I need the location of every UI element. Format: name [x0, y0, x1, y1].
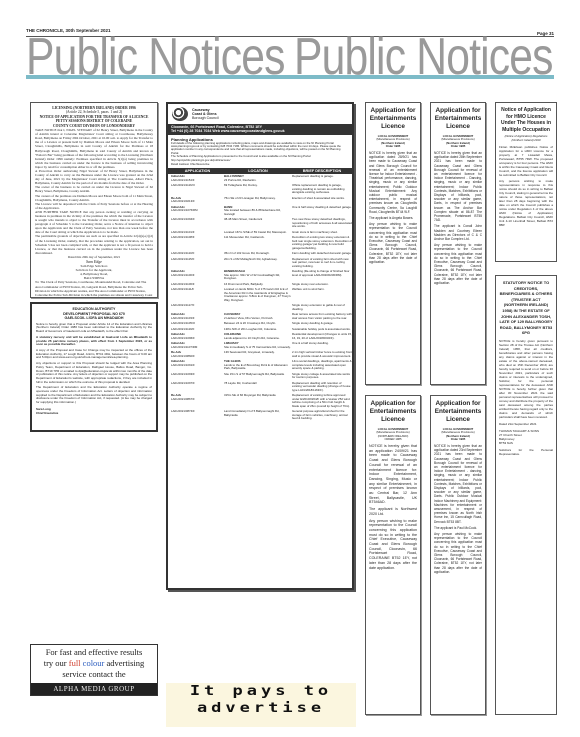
notice-paragraph: NOTICE is hereby given that an applicati…: [434, 444, 482, 524]
hmo-licence-notice: Notice of Application for HMO Licence Un…: [495, 102, 557, 262]
council-contact[interactable]: Tel +44 (0) 28 7034 7034 Web www.causewa…: [171, 129, 349, 133]
application-location: 78 Layde Rd, Cushendall: [224, 382, 292, 386]
entertainment-licence-notice: Application for Entertainments Licence L…: [430, 395, 486, 715]
notice-heading: Application for Entertainments Licence: [434, 400, 482, 425]
planning-intro: The Schedule of Planning Applications is…: [171, 155, 349, 162]
ad-company: ALPHA MEDIA GROUP: [31, 683, 157, 696]
table-row: LA01/2021/1119/F138m NW of 201 Loughan R…: [168, 328, 352, 332]
entertainment-licence-notice: Application for Entertainments Licence L…: [365, 102, 421, 385]
application-description: One & half storey dwelling & detached ga…: [292, 206, 352, 210]
notice-order: Order 1985: [369, 145, 417, 149]
application-location: 20m S of 82 Mullaghinch Rd, Aghadowey.: [224, 258, 292, 262]
application-ref: LA01/2021/1115/F: [171, 258, 224, 262]
ad-text: try our: [44, 658, 69, 668]
application-description: Replacement dwelling with retention of e…: [292, 382, 352, 393]
alpha-media-advert[interactable]: For fast and effective results try our f…: [30, 644, 158, 696]
notice-heading: Application for Entertainments Licence: [434, 107, 482, 132]
notice-paragraph: Any persons wishing to make representati…: [499, 179, 553, 227]
application-ref: LA01/2021/1119/F: [171, 328, 224, 332]
application-description: One & a half storey dwelling.: [292, 342, 352, 346]
notice-heading: Application for Entertainments Licence: [369, 400, 417, 425]
table-row: Initial AdvLA01/2021/1091/FTHE GLENSLand…: [168, 360, 352, 371]
application-ref: LA01/2021/1101/F: [171, 231, 224, 235]
application-description: General purpose agricultural shed for th…: [292, 410, 352, 421]
recipients: To: The Clerk of Petty Sessions, Courtho…: [35, 280, 153, 298]
table-row: LA01/2021/1106/F16 Drummond Park, Ballyk…: [168, 283, 352, 287]
table-row: LA01/2021/1111/FLocated on lands 600m S …: [168, 288, 352, 302]
table-row: LA01/2021/0874/FLand immediately N of 5 …: [168, 410, 352, 421]
application-location: Land immediately N of 5 Ballyvennaght Rd…: [224, 410, 292, 417]
notice-paragraph: The Department of Education and the Educ…: [36, 386, 152, 405]
notice-paragraph: NOTICE is hereby given pursuant to Secti…: [499, 339, 553, 419]
ad-line: service contact the: [31, 669, 157, 680]
ad-line: advertise: [166, 702, 356, 716]
ad-line: It pays to: [166, 685, 356, 699]
application-location: 35m N of 102 Grove Rd, Dunaragh.: [224, 252, 292, 256]
application-location: Site approx. 90m W of 32 Coolnasillagh R…: [224, 274, 292, 281]
application-description: Two new three storey detached dwellings,…: [292, 218, 352, 229]
application-description: Replacement of existing farm shed with n…: [292, 258, 352, 269]
table-row: Re-AdvLA01/2021/0213/F75m SE of 23 Lisna…: [168, 197, 352, 204]
application-location: 138m NW of 201 Loughan Rd, Coleraine.: [224, 328, 292, 332]
notice-paragraph: The owners of the premises are Damien Mo…: [35, 194, 153, 202]
application-location: 136 Seacoast Rd, Greysteel, Limavady.: [224, 351, 292, 355]
application-description: Welfare unit to wind farm.: [292, 288, 352, 292]
application-description: Residential development (Changes to unit…: [292, 333, 352, 340]
application-description: Rear terrace access from existing balcon…: [292, 313, 352, 320]
notice-paragraph: Any person wishing to make representatio…: [369, 222, 417, 264]
notice-paragraph: A Protection Order authorising Nigel Ste…: [35, 169, 153, 185]
application-location: Site immediately S of 75 Carrowclare Rd,…: [224, 346, 292, 350]
application-ref: LA01/2021/1093/F: [171, 373, 224, 377]
notice-paragraph: The applicant is Paul McCook.: [434, 526, 482, 530]
notice-paragraph: Any person wishing to make representatio…: [369, 519, 417, 571]
application-ref: LA01/2021/0867/F: [171, 398, 224, 402]
application-ref: LA01/2021/1094/F: [171, 218, 224, 222]
application-description: 14no social dwellings, dwellings, apartm…: [292, 360, 352, 371]
application-location: Site located between 86 & 88 Edenbane Rd…: [224, 209, 292, 216]
notice-paragraph: NOTICE is hereby given that an applicati…: [369, 444, 417, 505]
application-location: Located 167m S/SE of 59 Castel Rd, Macos…: [224, 231, 292, 235]
table-row: Initial AdvLA01/2021/1096/FCOLERAINELand…: [168, 333, 352, 340]
application-description: Sustainable holiday pods & associated wo…: [292, 328, 352, 332]
ad-highlight: colour: [83, 658, 105, 668]
notice-paragraph: The applicant is Angela Bowes.: [369, 216, 417, 220]
application-ref: LA01/2021/1091/F: [171, 364, 224, 368]
application-description: Replacement dwelling & garage.: [292, 175, 352, 179]
solicitor-line: BT53 6HS: [499, 441, 553, 445]
application-ref: LA01/2021/1100/F: [171, 274, 224, 278]
application-description: Replacement of existing turbine approved…: [292, 394, 352, 408]
council-name: Borough Council: [192, 116, 219, 120]
notice-order: Order 1985: [434, 145, 482, 149]
notice-paragraph: NOTICE is hereby given that an applicati…: [434, 151, 482, 222]
application-location: 111 Mussenden Rd, Castlerock.: [224, 236, 292, 240]
application-location: 16 Drummond Park, Ballykelly.: [224, 283, 292, 287]
application-description: Single storey dwelling & garage.: [292, 322, 352, 326]
notice-paragraph: The applicant is Conall John Madden and …: [434, 224, 482, 241]
notice-paragraph: TAKE NOTICE that I, NIGEL STEWART of 62 …: [35, 128, 153, 169]
application-ref: LA01/2021/1117/F: [171, 304, 224, 308]
table-row: LA01/2021/1110/F35m N of 102 Grove Rd, D…: [168, 252, 352, 256]
notice-paragraph: The permissible grounds of objection are…: [35, 234, 153, 254]
application-location: 75m SE of 23 Lisnagan Rd, Ballymoney.: [224, 197, 292, 201]
table-row: Initial AdvLA01/2021/1076/RMBANNSite loc…: [168, 206, 352, 217]
banner-rule: [26, 75, 554, 79]
table-row: LA01/2021/1116/O69 Tullaghans Rd, Dunloy…: [168, 184, 352, 195]
application-ref: LA01/2021/0860/F: [171, 355, 224, 359]
notice-heading: Application for Entertainments Licence: [369, 107, 417, 132]
planning-intro: Full details of the following planning a…: [171, 142, 349, 156]
application-ref: LA01/2021/1110/F: [171, 252, 224, 256]
planning-table-body: Initial AdvLA01/2021/1154/FBALLYMONEY23 …: [168, 174, 352, 421]
table-row: LA01/2021/1101/FLocated 167m S/SE of 59 …: [168, 231, 352, 235]
application-ref: LA01/2021/0213/F: [171, 200, 224, 204]
notice-paragraph: Any objections or support to this Propos…: [36, 362, 152, 384]
application-location: 2 Harbour View, Dhu Varren, Portrush.: [224, 317, 292, 321]
table-row: LA01/2021/1094/F38-48 Main Street, Castl…: [168, 218, 352, 229]
notice-paragraph: Any person wishing to make representatio…: [434, 532, 482, 574]
application-description: 2.1m high vertical timber fence to exist…: [292, 351, 352, 358]
application-ref: LA01/2021/1097/F: [171, 382, 224, 386]
notice-paragraph: Notice is hereby given that a Proposal u…: [36, 323, 152, 334]
application-ref: LA01/2021/1105/O: [171, 322, 224, 326]
application-location: Site 15m S of 57 Ballyvennaght Rd, Bally…: [224, 373, 292, 377]
licence-transfer-notice: LICENSING (NORTHERN IRELAND) ORDER 1996 …: [30, 102, 158, 298]
notice-date: Dated 21st September 2021: [499, 422, 553, 426]
application-ref: LA01/2021/1107/RM: [171, 346, 224, 350]
section-banner: Public Notices Public Notices: [26, 33, 554, 77]
table-row: LA01/2021/1105/OBetween 24 & 26 Crosskey…: [168, 322, 352, 326]
application-location: 38-48 Main Street, Castlerock: [224, 218, 292, 222]
notice-subheading: (Notice of Application) Regulations (Nor…: [499, 135, 553, 142]
notice-paragraph: Any person wishing to make representatio…: [434, 243, 482, 285]
application-location: 69 Tullaghans Rd, Dunloy.: [224, 184, 292, 188]
notice-paragraph: NOTICE is hereby given that an applicati…: [369, 151, 417, 214]
notice-paragraph: The applicant is Northwest 2020 Ltd.: [369, 507, 417, 516]
ad-text: advertising: [104, 658, 144, 668]
table-row: Re-AdvLA01/2021/0867/F315m SE of 66 Moya…: [168, 394, 352, 408]
application-location: 23 Portna Rd, Rasharkin.: [224, 179, 292, 183]
table-row: Initial AdvLA01/2021/1154/FBALLYMONEY23 …: [168, 175, 352, 182]
application-description: Farm dwelling with detached domestic gar…: [292, 252, 352, 256]
table-row: LA01/2021/1093/FSite 15m S of 57 Ballyve…: [168, 373, 352, 380]
council-logo: Causeway Coast & Glens Borough Council: [168, 104, 352, 124]
application-ref: LA01/2021/1154/F: [171, 179, 224, 183]
application-location: 315m SE of 66 Moyarget Rd, Ballycastle: [224, 394, 292, 398]
application-description: Single storey rear extension.: [292, 283, 352, 287]
application-ref: LA01/2021/1116/O: [171, 184, 224, 188]
application-description: Single storey cottage & associated site …: [292, 373, 352, 380]
table-row: Initial AdvLA01/2021/1107/RMLIMAVADYSite…: [168, 342, 352, 349]
notice-paragraph: Fintan McErlean publishes Notice of Appl…: [499, 145, 553, 177]
notice-order: ORDER 1985: [369, 438, 417, 442]
notice-heading: GAELSCOIL LÍOFA AN MHADAIDH: [36, 316, 152, 321]
table-row: Initial AdvLA01/2021/1103/FCAUSEWAY2 Har…: [168, 313, 352, 320]
ad-highlight: full: [69, 658, 81, 668]
application-ref: LA01/2021/1106/F: [171, 283, 224, 287]
application-ref: LA01/2021/1108/F: [171, 236, 224, 240]
application-ref: LA01/2021/1111/F: [171, 288, 224, 292]
application-location: Lands to the E of Broombeg Rd & E of Alt…: [224, 364, 292, 371]
table-row: LA01/2021/1115/F20m S of 82 Mullaghinch …: [168, 258, 352, 269]
table-row: LA01/2021/1108/F111 Mussenden Rd, Castle…: [168, 236, 352, 250]
application-description: Erection of shed & associated site works…: [292, 197, 352, 201]
statutory-creditors-notice: STATUTORY NOTICE TO CREDITORS, BENEFICIA…: [495, 275, 557, 715]
application-ref: LA01/2021/0874/F: [171, 410, 224, 414]
notice-heading: Notice of Application for HMO Licence Un…: [499, 107, 553, 133]
application-location: Between 24 & 26 Crosskeys Rd, Cloyfin.: [224, 322, 292, 326]
ad-line: For fast and effective results: [31, 647, 157, 658]
notice-heading: STATUTORY NOTICE TO CREDITORS, BENEFICIA…: [499, 280, 553, 336]
notice-footer: Solicitors for the Personal Representati…: [499, 448, 553, 456]
table-row: LA01/2021/1097/F78 Layde Rd, CushendallR…: [168, 382, 352, 393]
application-description: Grain store & farm machinery shed.: [292, 231, 352, 235]
notice-paragraph: The owner of the business to be carried …: [35, 185, 153, 193]
application-description: Demolition of existing two storey extens…: [292, 236, 352, 250]
notice-proposal: A statutory nursery unit will be establi…: [36, 336, 152, 347]
application-ref: LA01/2021/1103/F: [171, 317, 224, 321]
council-emblem-icon: [172, 107, 188, 121]
planning-applications-notice: Causeway Coast & Glens Borough Council C…: [166, 102, 354, 590]
notice-paragraph: A copy of the Proposal and Case for Chan…: [36, 349, 152, 360]
application-location: Lands adjacent to 10 Cloyfin Rd, Colerai…: [224, 337, 292, 341]
signatory-title: Chief Executive: [36, 412, 152, 416]
entertainment-licence-notice: Application for Entertainments Licence L…: [430, 102, 486, 385]
application-location: Located on lands 600m S of 175 Gelvin Rd…: [224, 288, 292, 302]
table-row: LA01/2021/1117/FSingle storey extension …: [168, 304, 352, 311]
application-ref: LA01/2021/1076/RM: [171, 209, 224, 213]
notice-paragraph: The Licence will be deposited with the C…: [35, 202, 153, 210]
banner-title-right: Public Notices: [294, 33, 553, 77]
table-row: Initial AdvLA01/2021/1100/FBENBRADAGHSit…: [168, 270, 352, 281]
chief-executive: David Jackson Chief Executive: [171, 163, 349, 166]
application-description: Single storey extension to gable & rear …: [292, 304, 352, 311]
application-description: Offsite replacement dwelling & garage, e…: [292, 184, 352, 195]
it-pays-advert: It pays to advertise: [166, 683, 356, 727]
entertainment-licence-notice: Application for Entertainments Licence L…: [365, 395, 421, 715]
notice-order: Order 1985: [434, 438, 482, 442]
banner-title-left: Public Notices: [26, 33, 285, 77]
notice-paragraph: AND FURTHER TAKE NOTICE that any person …: [35, 210, 153, 235]
table-row: Re-AdvLA01/2021/0860/F136 Seacoast Rd, G…: [168, 351, 352, 358]
application-ref: LA01/2021/1096/F: [171, 337, 224, 341]
application-description: Dwelling (Re-siting & change of finished…: [292, 270, 352, 277]
education-authority-notice: EDUCATION AUTHORITY DEVELOPMENT PROPOSAL…: [30, 302, 158, 432]
